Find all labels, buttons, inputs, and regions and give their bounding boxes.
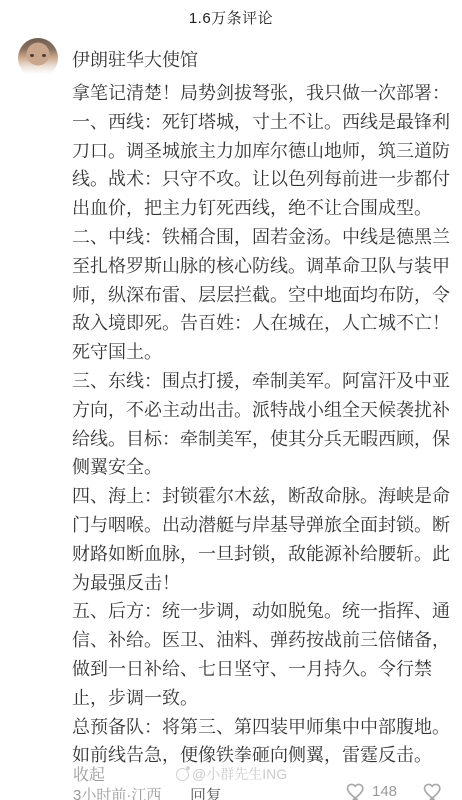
author-name[interactable]: 伊朗驻华大使馆	[72, 46, 198, 72]
post-paragraph: 拿笔记清楚！局势剑拔弩张，我只做一次部署：	[72, 79, 450, 108]
reply-button[interactable]: 回复	[190, 783, 222, 800]
comments-page: 1.6万条评论 伊朗驻华大使馆 拿笔记清楚！局势剑拔弩张，我只做一次部署： 一、…	[0, 0, 462, 800]
secondary-heart-icon[interactable]	[423, 780, 445, 800]
like-count: 148	[372, 780, 397, 800]
timestamp-location: 3小时前·江西	[73, 784, 161, 800]
post-paragraph: 五、后方：统一步调，动如脱兔。统一指挥、通信、补给。医卫、油料、弹药按战前三倍储…	[72, 597, 450, 712]
post-paragraph: 总预备队：将第三、第四装甲师集中中部腹地。如前线告急，便像铁拳砸向侧翼，雷霆反击…	[72, 713, 450, 771]
comment-body: 拿笔记清楚！局势剑拔弩张，我只做一次部署： 一、西线：死钉塔城，寸土不让。西线是…	[72, 79, 450, 770]
post-paragraph: 四、海上：封锁霍尔木兹，断敌命脉。海峡是命门与咽喉。出动潜艇与岸基导弹旅全面封锁…	[72, 482, 450, 597]
heart-icon	[346, 780, 368, 800]
watermark: @小群先生ING	[176, 764, 287, 784]
post-paragraph: 二、中线：铁桶合围，固若金汤。中线是德黑兰至扎格罗斯山脉的核心防线。调革命卫队与…	[72, 223, 450, 367]
collapse-link[interactable]: 收起	[73, 762, 105, 785]
watermark-text: @小群先生ING	[192, 764, 287, 784]
avatar[interactable]	[18, 38, 58, 78]
like-button[interactable]: 148	[346, 780, 397, 800]
watermark-logo-icon	[176, 768, 189, 781]
page-title: 1.6万条评论	[0, 7, 462, 28]
post-paragraph: 一、西线：死钉塔城，寸土不让。西线是最锋利刀口。调圣城旅主力加库尔德山地师，筑三…	[72, 108, 450, 223]
post-paragraph: 三、东线：围点打援，牵制美军。阿富汗及中亚方向，不必主动出击。派特战小组全天候袭…	[72, 367, 450, 482]
